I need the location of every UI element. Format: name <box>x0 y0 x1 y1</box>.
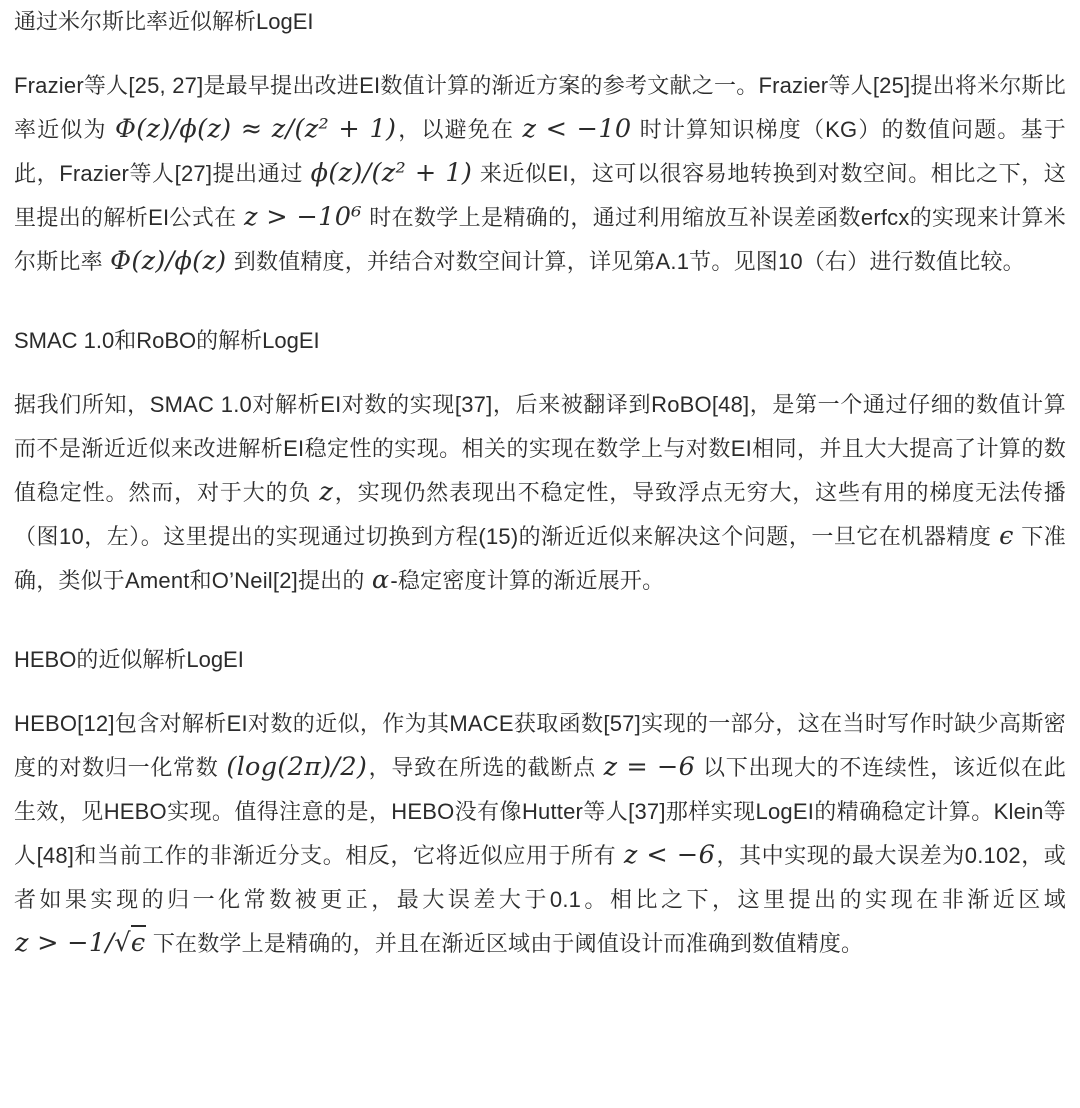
inline-math: Φ(z)/ϕ(z) ≈ z/(z² + 1) <box>114 114 397 144</box>
paragraph: Frazier等人[25, 27]是最早提出改进EI数值计算的渐近方案的参考文献… <box>14 64 1066 284</box>
section-heading: SMAC 1.0和RoBO的解析LogEI <box>14 324 1066 357</box>
section-mills-ratio: 通过米尔斯比率近似解析LogEI Frazier等人[25, 27]是最早提出改… <box>14 5 1066 284</box>
text-run: 下在数学上是精确的，并且在渐近区域由于阈值设计而准确到数值精度。 <box>147 931 864 956</box>
inline-math: z = −6 <box>603 752 697 782</box>
sqrt-radicand: ϵ <box>131 925 146 958</box>
text-run: ，导致在所选的截断点 <box>368 755 603 780</box>
text-run: 到数值精度，并结合对数空间计算，详见第A.1节。见图10（右）进行数值比较。 <box>227 249 1024 274</box>
text-run: -稳定密度计算的渐近展开。 <box>390 568 664 593</box>
inline-math: z <box>318 477 334 507</box>
inline-math: z > −10⁶ <box>243 202 363 232</box>
inline-math: (log(2π)/2) <box>225 752 368 782</box>
paragraph: 据我们所知，SMAC 1.0对解析EI对数的实现[37]，后来被翻译到RoBO[… <box>14 383 1066 603</box>
inline-math: z < −10 <box>521 114 632 144</box>
inline-math: ϵ <box>998 521 1015 551</box>
inline-math: z < −6 <box>623 840 716 870</box>
inline-math: α <box>371 565 391 595</box>
section-heading: 通过米尔斯比率近似解析LogEI <box>14 5 1066 38</box>
inline-math: ϕ(z)/(z² + 1) <box>310 158 473 188</box>
inline-math: z > −1/√ϵ <box>14 928 147 958</box>
section-hebo: HEBO的近似解析LogEI HEBO[12]包含对解析EI对数的近似，作为其M… <box>14 643 1066 966</box>
text-run: ，以避免在 <box>397 117 521 142</box>
inline-math: Φ(z)/ϕ(z) <box>109 246 227 276</box>
paragraph: HEBO[12]包含对解析EI对数的近似，作为其MACE获取函数[57]实现的一… <box>14 702 1066 966</box>
section-heading: HEBO的近似解析LogEI <box>14 643 1066 676</box>
section-smac-robo: SMAC 1.0和RoBO的解析LogEI 据我们所知，SMAC 1.0对解析E… <box>14 324 1066 603</box>
document-body: 通过米尔斯比率近似解析LogEI Frazier等人[25, 27]是最早提出改… <box>0 0 1080 966</box>
